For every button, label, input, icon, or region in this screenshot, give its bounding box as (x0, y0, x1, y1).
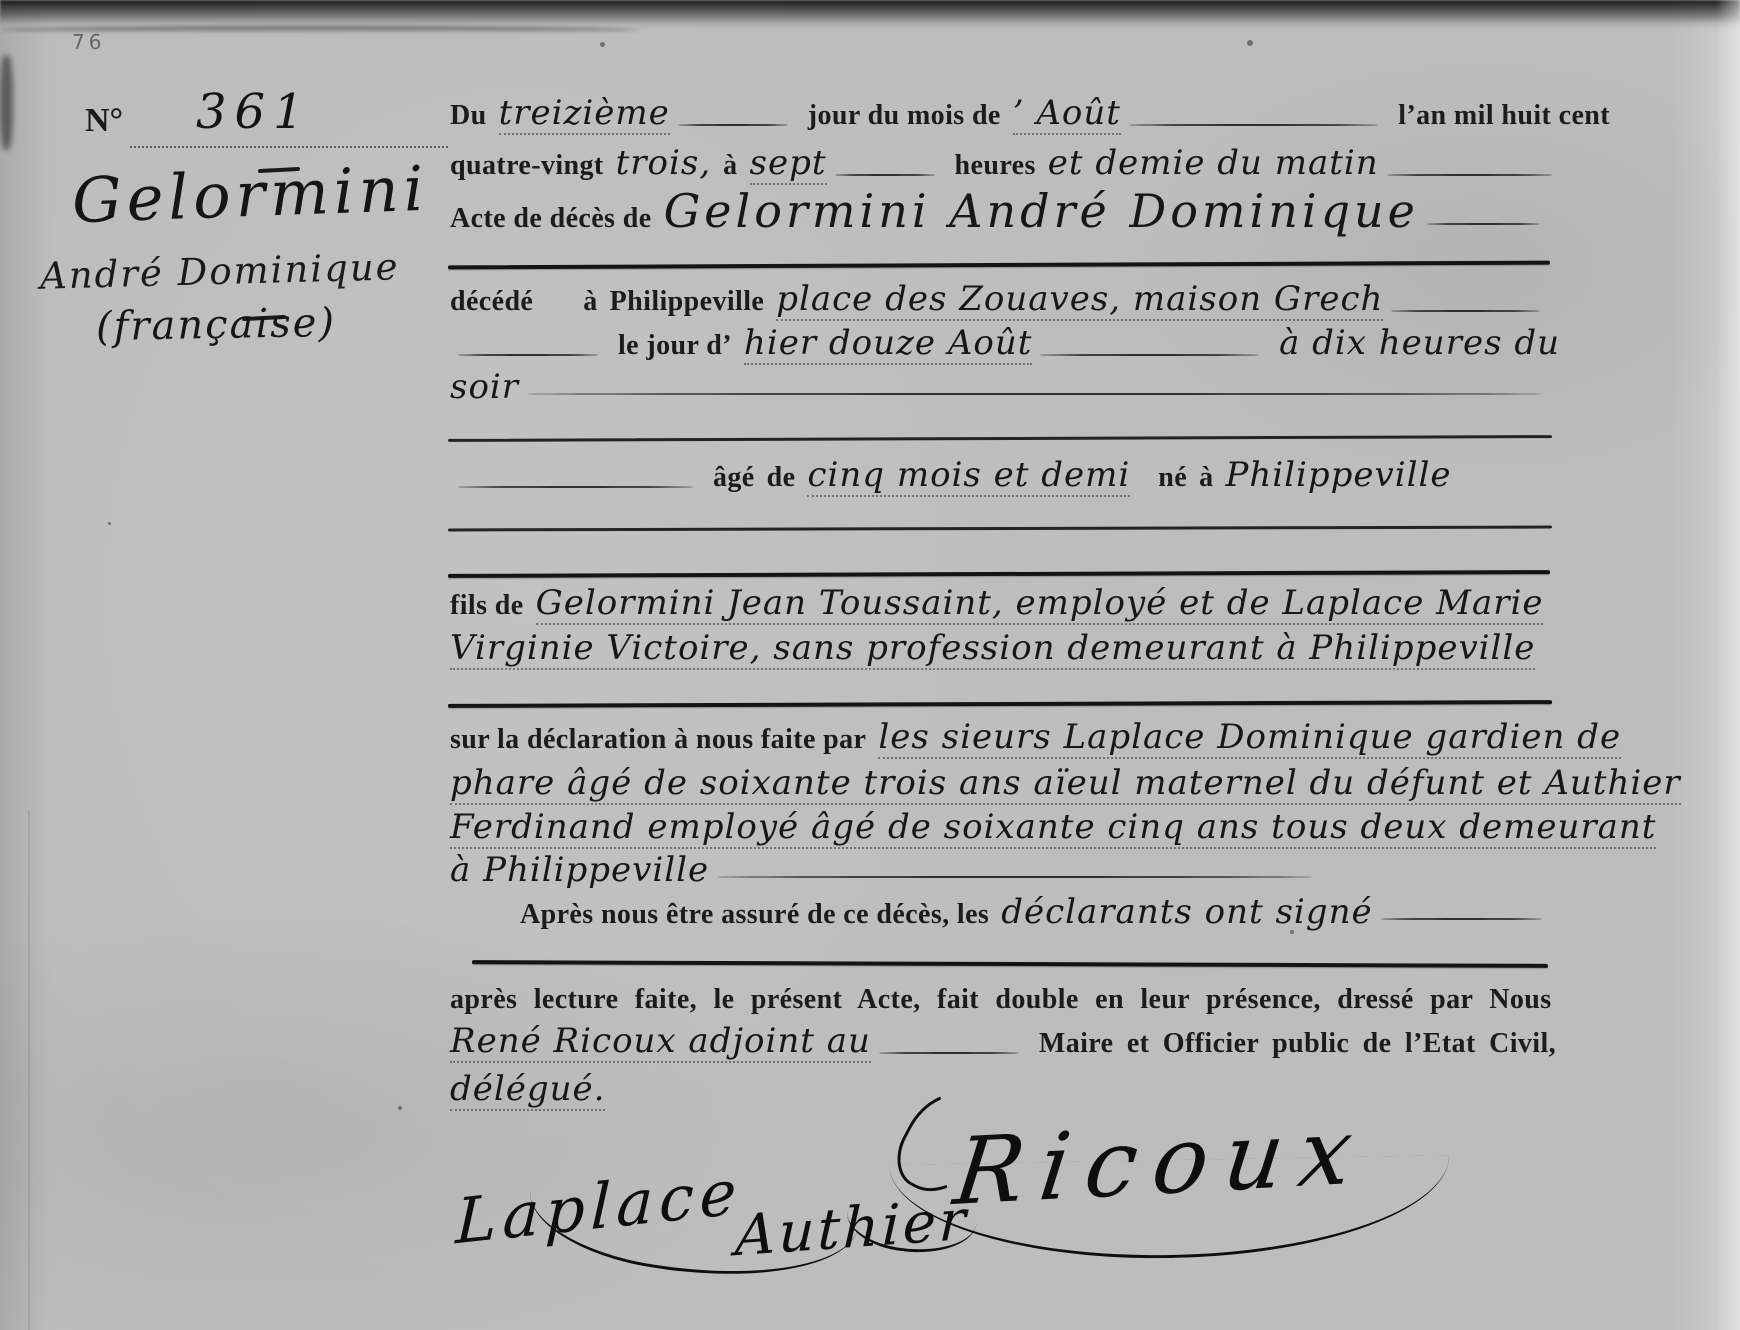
age-birthplace-line: âgé de cinq mois et demi né à Philippevi… (450, 458, 1562, 497)
value-soir: soir (450, 370, 519, 404)
death-certificate-scan: 76 N° 361 Gelormini André Dominique (fra… (0, 0, 1740, 1330)
scan-edge-right (1716, 0, 1740, 1330)
value-witnesses-2: phare âgé de soixante trois ans aïeul ma… (450, 766, 1681, 805)
ink-speck (108, 522, 111, 525)
value-death-address: place des Zouaves, maison Grech (776, 282, 1383, 321)
margin-deceased-surname: Gelormini (71, 152, 430, 237)
margin-deceased-given-names: André Dominique (39, 245, 400, 297)
form-rule-long (448, 435, 1552, 441)
label-de: de (767, 464, 796, 492)
signature-flourish (889, 1155, 1451, 1263)
value-year: trois, (616, 146, 712, 180)
label-a: à (583, 288, 597, 316)
closing-line-1: après lecture faite, le présent Acte, fa… (450, 986, 1558, 1014)
value-half-hour: et demie du matin (1048, 146, 1379, 180)
form-rule (717, 876, 1312, 878)
value-witnesses-3: Ferdinand employé âgé de soixante cinq a… (450, 810, 1656, 849)
label-heures: heures (955, 152, 1036, 180)
value-delegue: délégué. (450, 1072, 605, 1111)
value-deceased-name: Gelormini André Dominique (664, 188, 1419, 234)
label-age: âgé (713, 464, 755, 492)
form-rule (1427, 223, 1540, 225)
form-rule (1129, 124, 1378, 126)
value-declarants-signe: déclarants ont signé (1001, 895, 1372, 929)
paper-fold-line (28, 810, 30, 1330)
parents-line-2: Virginie Victoire, sans profession demeu… (450, 631, 1550, 670)
form-rule (835, 174, 935, 176)
act-title-line: Acte de décès de Gelormini André Dominiq… (450, 188, 1548, 234)
section-rule (448, 700, 1552, 707)
form-rule (1391, 310, 1540, 312)
label-ne: né (1158, 464, 1187, 492)
form-rule (678, 124, 788, 126)
margin-dotted-rule (130, 146, 448, 148)
label-fils-de: fils de (450, 592, 524, 620)
label-apres-assure: Après nous être assuré de ce décès, les (520, 901, 989, 929)
value-hour: sept (750, 146, 827, 185)
form-rule (1387, 174, 1552, 176)
label-jour-du-mois: jour du mois de (808, 102, 1001, 130)
declaration-line-3: Ferdinand employé âgé de soixante cinq a… (450, 810, 1550, 849)
label-philippeville: Philippeville (610, 288, 765, 316)
pencil-page-mark: 76 (72, 30, 105, 54)
form-rule (527, 393, 1542, 395)
value-officiant: René Ricoux adjoint au (450, 1024, 871, 1063)
section-rule (472, 960, 1548, 967)
label-acte-de-deces: Acte de décès de (450, 205, 652, 233)
form-rule (458, 486, 693, 488)
form-rule (458, 354, 598, 356)
value-death-date: hier douze Août (744, 326, 1033, 365)
value-parents-2: Virginie Victoire, sans profession demeu… (450, 631, 1535, 670)
ink-speck (398, 1106, 402, 1110)
closing-line-3: délégué. (450, 1072, 850, 1111)
date-line: Du treizième jour du mois de ’ Août l’an… (450, 96, 1610, 135)
value-parents-1: Gelormini Jean Toussaint, employé et de … (536, 586, 1544, 625)
act-number-value: 361 (196, 84, 312, 140)
value-age: cinq mois et demi (807, 458, 1130, 497)
ink-speck (600, 42, 605, 47)
value-month: ’ Août (1013, 96, 1121, 135)
form-rule (1040, 354, 1259, 356)
label-an-mil-huit-cent: l’an mil huit cent (1398, 102, 1610, 130)
declaration-line-4: à Philippeville (450, 853, 1320, 887)
act-number-label: N° (85, 102, 123, 140)
section-rule (448, 570, 1550, 577)
value-day-of-month: treizième (499, 96, 670, 135)
section-rule (448, 261, 1550, 269)
death-place-line: décédé à Philippeville place des Zouaves… (450, 282, 1548, 321)
declaration-line-1: sur la déclaration à nous faite par les … (450, 720, 1550, 759)
ink-smudge (0, 55, 13, 150)
closing-line-2: René Ricoux adjoint au Maire et Officier… (450, 1024, 1562, 1063)
value-witnesses-4: à Philippeville (450, 853, 709, 887)
label-lecture: après lecture faite, le présent Acte, fa… (450, 986, 1552, 1014)
label-sur-la-declaration: sur la déclaration à nous faite par (450, 726, 866, 754)
label-du: Du (450, 102, 487, 130)
value-witnesses-1: les sieurs Laplace Dominique gardien de (878, 720, 1621, 759)
form-rule-long (448, 526, 1552, 531)
form-rule (879, 1052, 1019, 1054)
value-birthplace: Philippeville (1226, 458, 1452, 492)
parents-line-1: fils de Gelormini Jean Toussaint, employ… (450, 586, 1550, 625)
margin-nationality: (française) (96, 300, 337, 350)
label-decede: décédé (450, 288, 533, 316)
death-hour-continued-line: soir (450, 370, 1550, 404)
label-maire-officier: Maire et Officier public de l’Etat Civil… (1039, 1030, 1556, 1058)
label-le-jour-d: le jour d’ (618, 332, 732, 360)
assurance-line: Après nous être assuré de ce décès, les … (520, 895, 1550, 929)
label-a: à (1199, 464, 1213, 492)
value-death-hour: à dix heures du (1279, 326, 1560, 360)
ink-speck (1247, 40, 1253, 46)
form-rule (1381, 918, 1542, 920)
death-day-line: le jour d’ hier douze Août à dix heures … (450, 326, 1560, 365)
label-a: à (723, 152, 737, 180)
label-quatre-vingt: quatre-vingt (450, 152, 604, 180)
declaration-line-2: phare âgé de soixante trois ans aïeul ma… (450, 766, 1550, 805)
year-hour-line: quatre-vingt trois, à sept heures et dem… (450, 146, 1560, 185)
